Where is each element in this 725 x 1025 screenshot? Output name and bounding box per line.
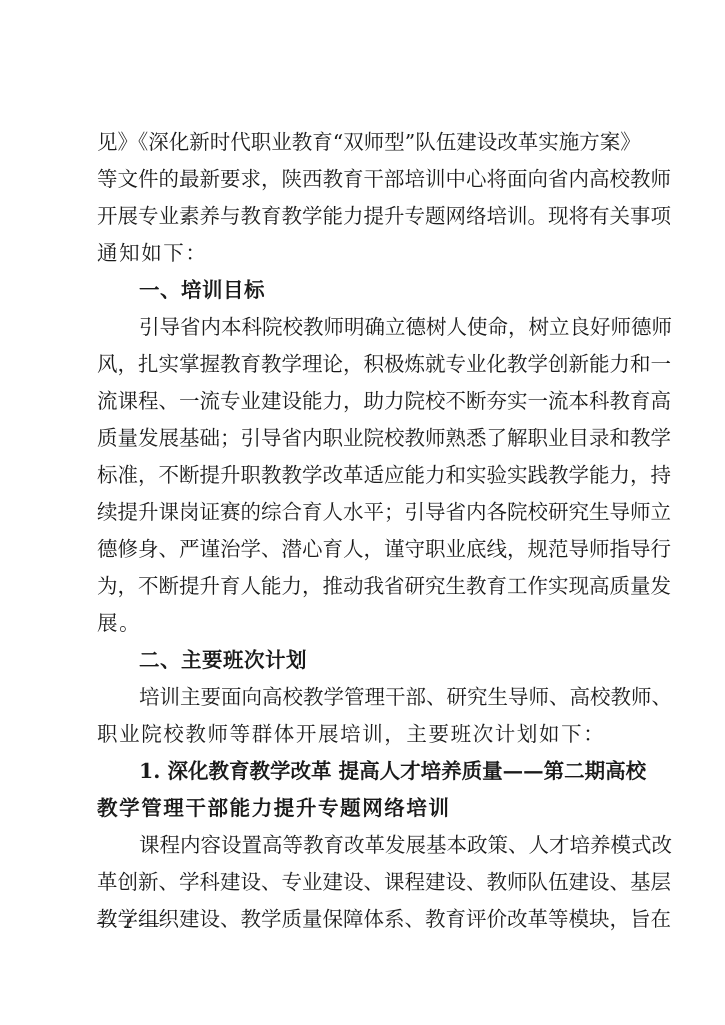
page-number: — 2 — <box>97 912 161 933</box>
section-1-heading: 一、培训目标 <box>97 272 633 309</box>
section-2-line-2: 职业院校教师等群体开展培训，主要班次计划如下： <box>97 716 633 753</box>
item-1-body-line-2: 革创新、学科建设、专业建设、课程建设、教师队伍建设、基层 <box>97 864 633 901</box>
document-page: 见》《深化新时代职业教育“双师型”队伍建设改革实施方案》 等文件的最新要求，陕西… <box>97 124 633 938</box>
item-1-title-line-2: 教学管理干部能力提升专题网络培训 <box>97 790 633 827</box>
section-1-line-7: 德修身、严谨治学、潜心育人，谨守职业底线，规范导师指导行 <box>97 531 633 568</box>
item-1-title-line-1: 1. 深化教育教学改革 提高人才培养质量——第二期高校 <box>97 753 633 790</box>
intro-line-4: 通知如下： <box>97 235 633 272</box>
section-1-line-2: 风，扎实掌握教育教学理论，积极炼就专业化教学创新能力和一 <box>97 346 633 383</box>
section-1-line-9: 展。 <box>97 605 633 642</box>
item-1-body-line-1: 课程内容设置高等教育改革发展基本政策、人才培养模式改 <box>97 827 633 864</box>
section-1-line-8: 为，不断提升育人能力，推动我省研究生教育工作实现高质量发 <box>97 568 633 605</box>
section-2-heading: 二、主要班次计划 <box>97 642 633 679</box>
section-1-line-1: 引导省内本科院校教师明确立德树人使命，树立良好师德师 <box>97 309 633 346</box>
section-1-line-3: 流课程、一流专业建设能力，助力院校不断夯实一流本科教育高 <box>97 383 633 420</box>
section-1-line-4: 质量发展基础；引导省内职业院校教师熟悉了解职业目录和教学 <box>97 420 633 457</box>
section-2-line-1: 培训主要面向高校教学管理干部、研究生导师、高校教师、 <box>97 679 633 716</box>
intro-line-1: 见》《深化新时代职业教育“双师型”队伍建设改革实施方案》 <box>97 124 633 161</box>
section-1-line-5: 标准，不断提升职教教学改革适应能力和实验实践教学能力，持 <box>97 457 633 494</box>
intro-line-3: 开展专业素养与教育教学能力提升专题网络培训。现将有关事项 <box>97 198 633 235</box>
item-1-body-line-3: 教学组织建设、教学质量保障体系、教育评价改革等模块，旨在 <box>97 901 633 938</box>
intro-line-2: 等文件的最新要求，陕西教育干部培训中心将面向省内高校教师 <box>97 161 633 198</box>
section-1-line-6: 续提升课岗证赛的综合育人水平；引导省内各院校研究生导师立 <box>97 494 633 531</box>
